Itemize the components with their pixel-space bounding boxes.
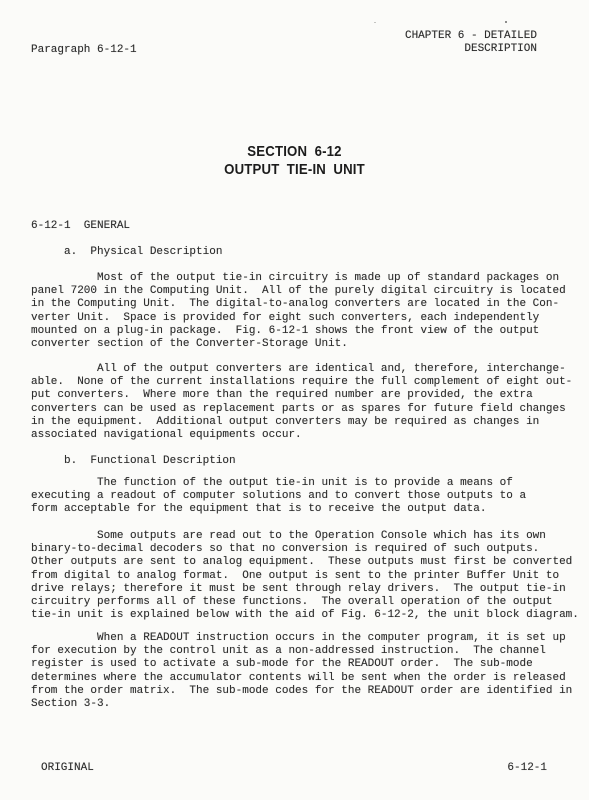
paragraph-functional-1: The function of the output tie-in unit i…	[31, 477, 526, 517]
header-paragraph-ref: Paragraph 6-12-1	[31, 44, 137, 57]
footer-revision-label: ORIGINAL	[41, 762, 94, 775]
scan-speckle	[566, 560, 568, 562]
scan-speckle	[505, 21, 507, 23]
heading-general: 6-12-1 GENERAL	[31, 220, 130, 233]
header-chapter-ref: CHAPTER 6 - DETAILED DESCRIPTION	[405, 30, 537, 56]
paragraph-functional-2: Some outputs are read out to the Operati…	[31, 530, 579, 622]
section-number: SECTION 6-12	[35, 143, 553, 161]
subheading-physical-description: a. Physical Description	[64, 246, 222, 259]
subheading-functional-description: b. Functional Description	[64, 455, 236, 468]
section-title: SECTION 6-12 OUTPUT TIE-IN UNIT	[0, 143, 589, 178]
section-name: OUTPUT TIE-IN UNIT	[35, 161, 553, 179]
paragraph-physical-1: Most of the output tie-in circuitry is m…	[31, 272, 566, 351]
paragraph-functional-3: When a READOUT instruction occurs in the…	[31, 632, 572, 711]
document-page: Paragraph 6-12-1 CHAPTER 6 - DETAILED DE…	[0, 0, 589, 800]
scan-speckle	[374, 22, 376, 23]
footer-page-number: 6-12-1	[507, 762, 547, 775]
paragraph-physical-2: All of the output converters are identic…	[31, 363, 572, 442]
